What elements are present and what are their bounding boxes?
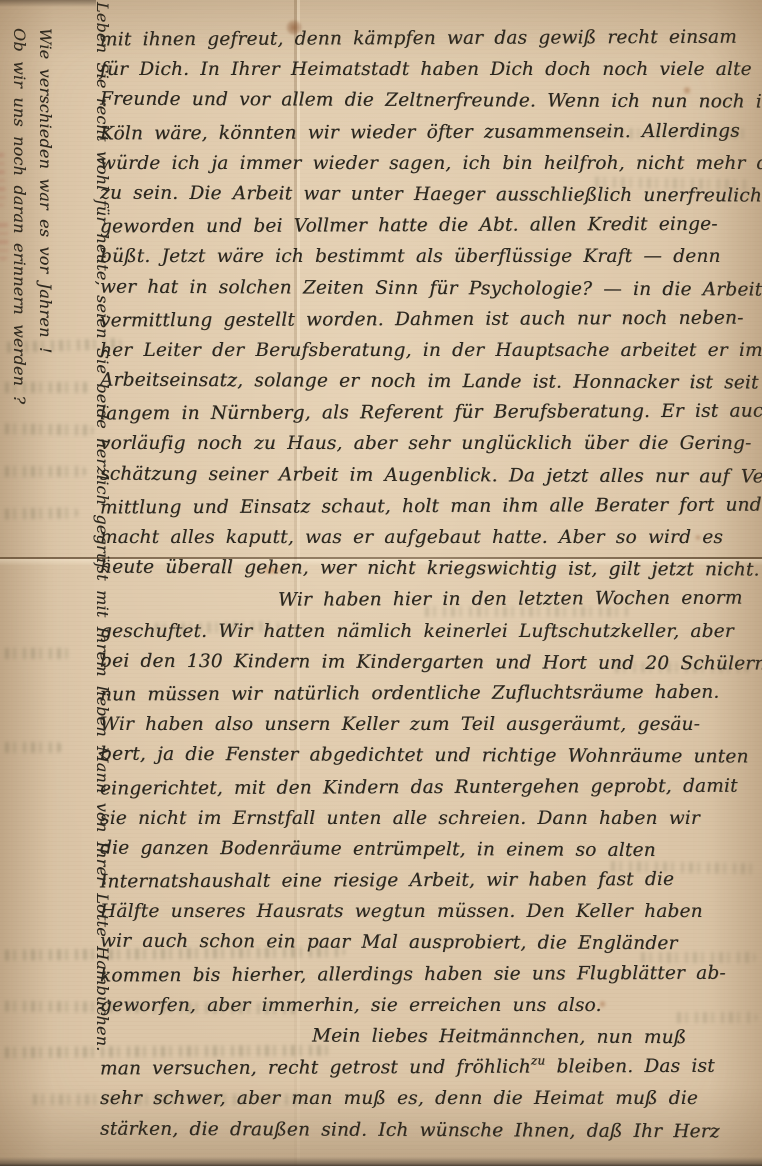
- paper-edge-shadow-top: [0, 0, 96, 7]
- letter-scan-page: { "document": { "kind": "Scanned handwri…: [0, 0, 762, 1166]
- scan-vignette: [0, 0, 762, 1166]
- paper-edge-shadow-bottom: [0, 1157, 762, 1166]
